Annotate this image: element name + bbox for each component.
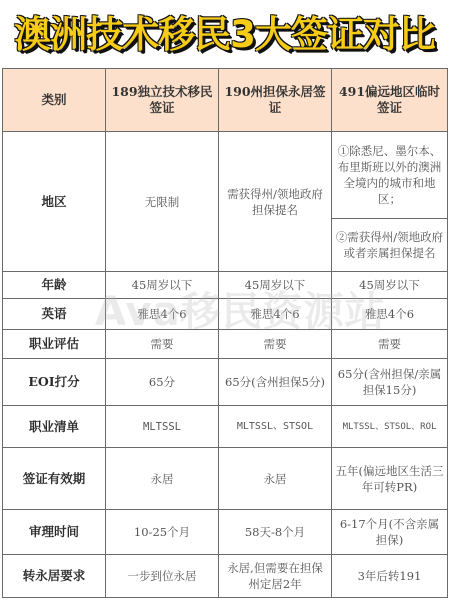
cell-491: 45周岁以下 bbox=[332, 272, 448, 299]
cell-491: 3年后转191 bbox=[332, 555, 448, 598]
cell-491: 五年(偏远地区生活三年可转PR) bbox=[332, 448, 448, 510]
table-row: 职业评估 需要 需要 需要 bbox=[3, 330, 448, 359]
cell-491: 雅思4个6 bbox=[332, 299, 448, 330]
cell-190: 45周岁以下 bbox=[219, 272, 332, 299]
cell-190: MLTSSL、STSOL bbox=[219, 406, 332, 448]
row-label: EOI打分 bbox=[3, 359, 106, 406]
cell-189: 10-25个月 bbox=[106, 510, 219, 555]
header-row: 类别 189独立技术移民签证 190州担保永居签证 491偏远地区临时签证 bbox=[3, 69, 448, 132]
cell-189: 45周岁以下 bbox=[106, 272, 219, 299]
table-row-region: 地区 无限制 需获得州/领地政府担保提名 ①除悉尼、墨尔本、布里斯班以外的澳洲全… bbox=[3, 132, 448, 219]
cell-491: 6-17个月(不含亲属担保) bbox=[332, 510, 448, 555]
cell-189: 65分 bbox=[106, 359, 219, 406]
row-label: 转永居要求 bbox=[3, 555, 106, 598]
table-row: 年龄 45周岁以下 45周岁以下 45周岁以下 bbox=[3, 272, 448, 299]
row-label: 英语 bbox=[3, 299, 106, 330]
cell-189: 永居 bbox=[106, 448, 219, 510]
table-row: 签证有效期 永居 永居 五年(偏远地区生活三年可转PR) bbox=[3, 448, 448, 510]
page-title: 澳洲技术移民3大签证对比 bbox=[0, 0, 449, 62]
cell-189: MLTSSL bbox=[106, 406, 219, 448]
cell-190: 58天-8个月 bbox=[219, 510, 332, 555]
cell-189: 需要 bbox=[106, 330, 219, 359]
cell-190: 需要 bbox=[219, 330, 332, 359]
header-190: 190州担保永居签证 bbox=[219, 69, 332, 132]
row-label: 签证有效期 bbox=[3, 448, 106, 510]
row-label: 职业清单 bbox=[3, 406, 106, 448]
header-189: 189独立技术移民签证 bbox=[106, 69, 219, 132]
cell-491-a: ①除悉尼、墨尔本、布里斯班以外的澳洲全境内的城市和地区； bbox=[332, 132, 448, 219]
header-category: 类别 bbox=[3, 69, 106, 132]
cell-189: 一步到位永居 bbox=[106, 555, 219, 598]
cell-190: 需获得州/领地政府担保提名 bbox=[219, 132, 332, 272]
row-label: 地区 bbox=[3, 132, 106, 272]
row-label: 审理时间 bbox=[3, 510, 106, 555]
cell-189: 雅思4个6 bbox=[106, 299, 219, 330]
cell-190: 雅思4个6 bbox=[219, 299, 332, 330]
cell-491: 65分(含州担保/亲属担保15分) bbox=[332, 359, 448, 406]
visa-comparison-table: 类别 189独立技术移民签证 190州担保永居签证 491偏远地区临时签证 地区… bbox=[2, 68, 448, 598]
cell-491: 需要 bbox=[332, 330, 448, 359]
table-row: 英语 雅思4个6 雅思4个6 雅思4个6 bbox=[3, 299, 448, 330]
cell-491: MLTSSL、STSOL、ROL bbox=[332, 406, 448, 448]
cell-190: 永居,但需要在担保州定居2年 bbox=[219, 555, 332, 598]
table-row: 审理时间 10-25个月 58天-8个月 6-17个月(不含亲属担保) bbox=[3, 510, 448, 555]
cell-190: 65分(含州担保5分) bbox=[219, 359, 332, 406]
row-label: 年龄 bbox=[3, 272, 106, 299]
header-491: 491偏远地区临时签证 bbox=[332, 69, 448, 132]
cell-491-b: ②需获得州/领地政府或者亲属担保提名 bbox=[332, 219, 448, 272]
table-row: EOI打分 65分 65分(含州担保5分) 65分(含州担保/亲属担保15分) bbox=[3, 359, 448, 406]
table-row: 职业清单 MLTSSL MLTSSL、STSOL MLTSSL、STSOL、RO… bbox=[3, 406, 448, 448]
cell-189: 无限制 bbox=[106, 132, 219, 272]
table-row: 转永居要求 一步到位永居 永居,但需要在担保州定居2年 3年后转191 bbox=[3, 555, 448, 598]
row-label: 职业评估 bbox=[3, 330, 106, 359]
cell-190: 永居 bbox=[219, 448, 332, 510]
